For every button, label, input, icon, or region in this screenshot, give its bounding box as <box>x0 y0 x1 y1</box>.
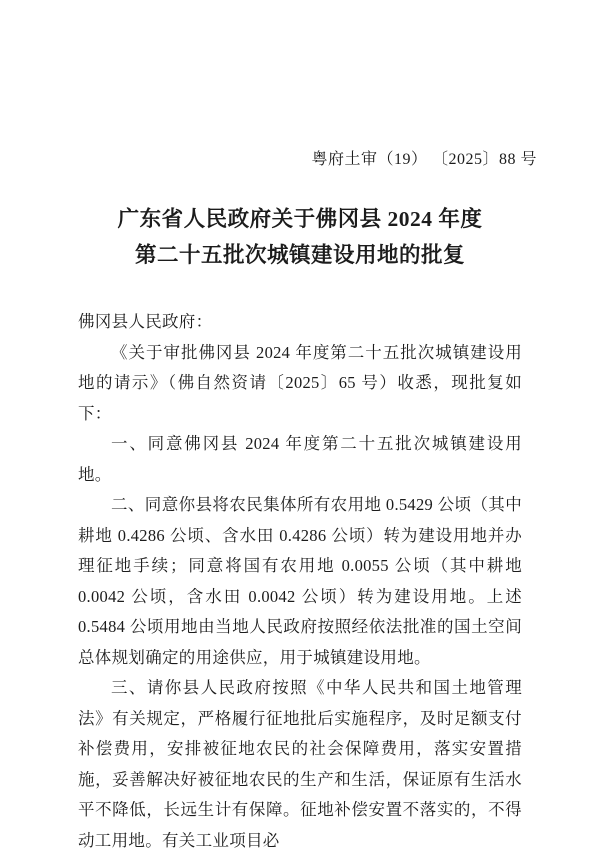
title-line-2: 第二十五批次城镇建设用地的批复 <box>78 237 522 273</box>
document-number: 粤府土审（19） 〔2025〕88 号 <box>78 150 537 170</box>
title-line-1: 广东省人民政府关于佛冈县 2024 年度 <box>78 201 522 237</box>
paragraph: 三、请你县人民政府按照《中华人民共和国土地管理法》有关规定，严格履行征地批后实施… <box>78 673 522 848</box>
paragraph: 二、同意你县将农民集体所有农用地 0.5429 公顷（其中耕地 0.4286 公… <box>78 490 522 673</box>
paragraph: 一、同意佛冈县 2024 年度第二十五批次城镇建设用地。 <box>78 429 522 490</box>
document-body: 佛冈县人民政府： 《关于审批佛冈县 2024 年度第二十五批次城镇建设用地的请示… <box>78 307 522 848</box>
paragraphs: 《关于审批佛冈县 2024 年度第二十五批次城镇建设用地的请示》（佛自然资请〔2… <box>78 338 522 848</box>
salutation: 佛冈县人民政府： <box>78 307 522 338</box>
document-page: 粤府土审（19） 〔2025〕88 号 广东省人民政府关于佛冈县 2024 年度… <box>0 0 600 848</box>
paragraph: 《关于审批佛冈县 2024 年度第二十五批次城镇建设用地的请示》（佛自然资请〔2… <box>78 338 522 430</box>
document-title: 广东省人民政府关于佛冈县 2024 年度 第二十五批次城镇建设用地的批复 <box>78 201 522 273</box>
